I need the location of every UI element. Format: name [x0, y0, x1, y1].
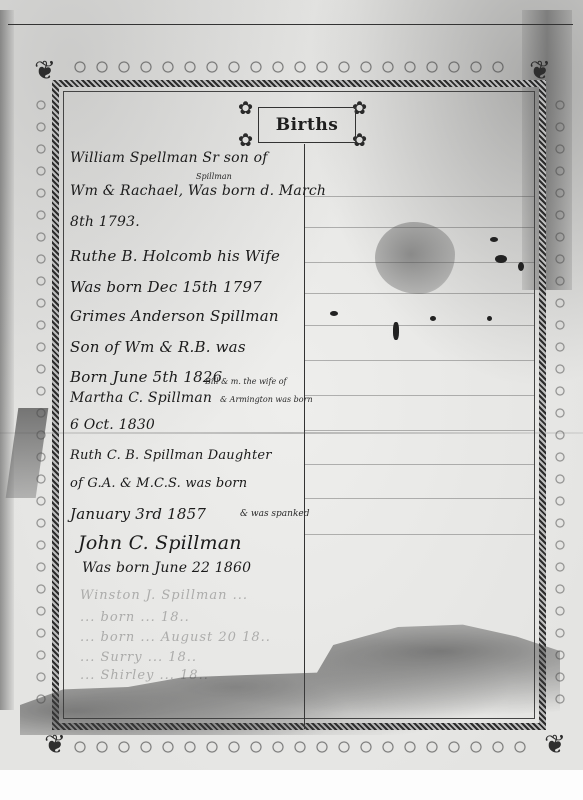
interlinear-note: & Armington was born — [220, 395, 313, 404]
title-cartouche: Births — [258, 107, 356, 143]
ruled-line — [305, 196, 535, 197]
entry-line: Grimes Anderson Spillman — [70, 307, 279, 325]
right-ornament-band — [553, 95, 567, 715]
faded-entry: ... born ... August 20 18.. — [80, 630, 271, 645]
bow-ornament-icon: ✿ — [238, 100, 253, 118]
left-ornament-band — [34, 95, 48, 715]
interlinear-note: Bill & m. the wife of — [205, 377, 287, 386]
page-title: Births — [276, 115, 339, 135]
faded-entry: ... Surry ... 18.. — [80, 650, 197, 665]
entry-line: 8th 1793. — [70, 214, 140, 230]
annotation-note: & was spanked — [240, 509, 310, 519]
entry-line: Wm & Rachael, Was born d. March — [70, 183, 326, 199]
ink-stain — [375, 222, 455, 294]
scan-margin — [0, 770, 583, 800]
ruled-line — [305, 534, 535, 535]
faded-entry: ... born ... 18.. — [80, 610, 190, 625]
page-edge-shadow — [0, 10, 14, 710]
top-rule — [8, 24, 573, 25]
entry-line: Was born Dec 15th 1797 — [70, 278, 262, 296]
bottom-ornament-band — [70, 738, 530, 756]
entry-line: 6 Oct. 1830 — [70, 417, 155, 433]
ink-spot — [490, 237, 498, 242]
ruled-line — [305, 498, 535, 499]
top-ornament-band — [70, 58, 510, 76]
entry-line: of G.A. & M.C.S. was born — [70, 476, 247, 491]
ruled-line — [305, 325, 535, 326]
ruled-line — [305, 395, 535, 396]
ruled-line — [305, 464, 535, 465]
entry-line: January 3rd 1857 — [70, 505, 206, 523]
ruled-line — [305, 360, 535, 361]
entry-line: Born June 5th 1826 — [70, 368, 222, 386]
entry-line: John C. Spillman — [78, 532, 242, 554]
document-page: ❦ ❦ ❦ ❦ ✿ ✿ ✿ ✿ Births William Spellman … — [0, 0, 583, 800]
ink-spot — [518, 262, 524, 271]
entry-line: Son of Wm & R.B. was — [70, 338, 246, 356]
faded-entry: Winston J. Spillman ... — [80, 588, 248, 603]
ruled-line — [305, 430, 535, 431]
entry-line: Ruth C. B. Spillman Daughter — [70, 448, 272, 463]
ink-spot — [495, 255, 507, 263]
ink-spot — [393, 322, 399, 340]
entry-line: Ruthe B. Holcomb his Wife — [70, 247, 280, 265]
ink-spot — [430, 316, 436, 321]
entry-line: Martha C. Spillman — [70, 390, 212, 406]
entry-line: William Spellman Sr son of — [70, 150, 268, 166]
column-divider — [304, 144, 305, 729]
interlinear-note: Spillman — [196, 172, 232, 181]
entry-line: Was born June 22 1860 — [82, 560, 251, 576]
ink-spot — [487, 316, 492, 321]
ink-spot — [330, 311, 338, 316]
bow-ornament-icon: ✿ — [238, 132, 253, 150]
